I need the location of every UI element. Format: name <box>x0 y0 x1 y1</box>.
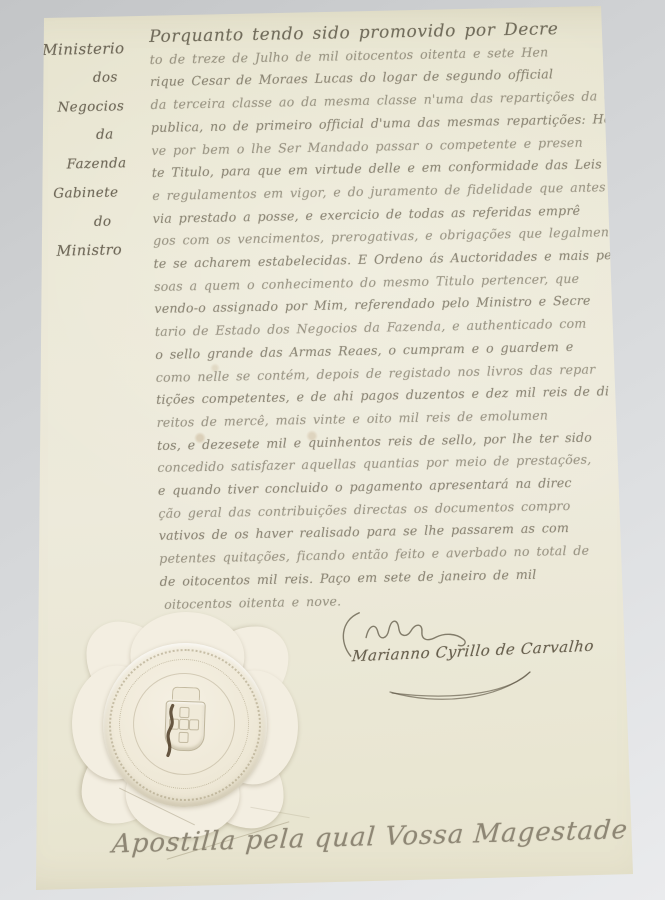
document-paper: Ministerio dos Negocios da Fazenda Gabin… <box>0 0 665 900</box>
photo-of-document: { "colors": { "background_gray": "#d2d4d… <box>0 0 665 900</box>
manuscript-body: Porquanto tendo sido promovido por Decre… <box>149 17 624 616</box>
margin-line: do <box>44 206 161 237</box>
embossed-paper-seal-royal-arms <box>68 608 302 842</box>
seal-crown-emblem <box>172 687 200 701</box>
margin-line: dos <box>41 62 158 93</box>
seal-quina <box>189 719 199 730</box>
margin-line: Ministro <box>44 235 161 266</box>
margin-line: Negocios <box>41 91 158 122</box>
blemish-stroke <box>160 702 184 761</box>
margin-line: Gabinete <box>43 178 160 209</box>
margin-line: Fazenda <box>42 149 159 180</box>
signature-flourish <box>368 662 548 708</box>
margin-line: da <box>42 120 159 151</box>
seal-ink-blemish <box>160 702 184 765</box>
flourish-stroke <box>368 662 548 704</box>
margin-line: Ministerio <box>40 34 157 65</box>
letterhead-margin-block: Ministerio dos Negocios da Fazenda Gabin… <box>40 34 161 267</box>
